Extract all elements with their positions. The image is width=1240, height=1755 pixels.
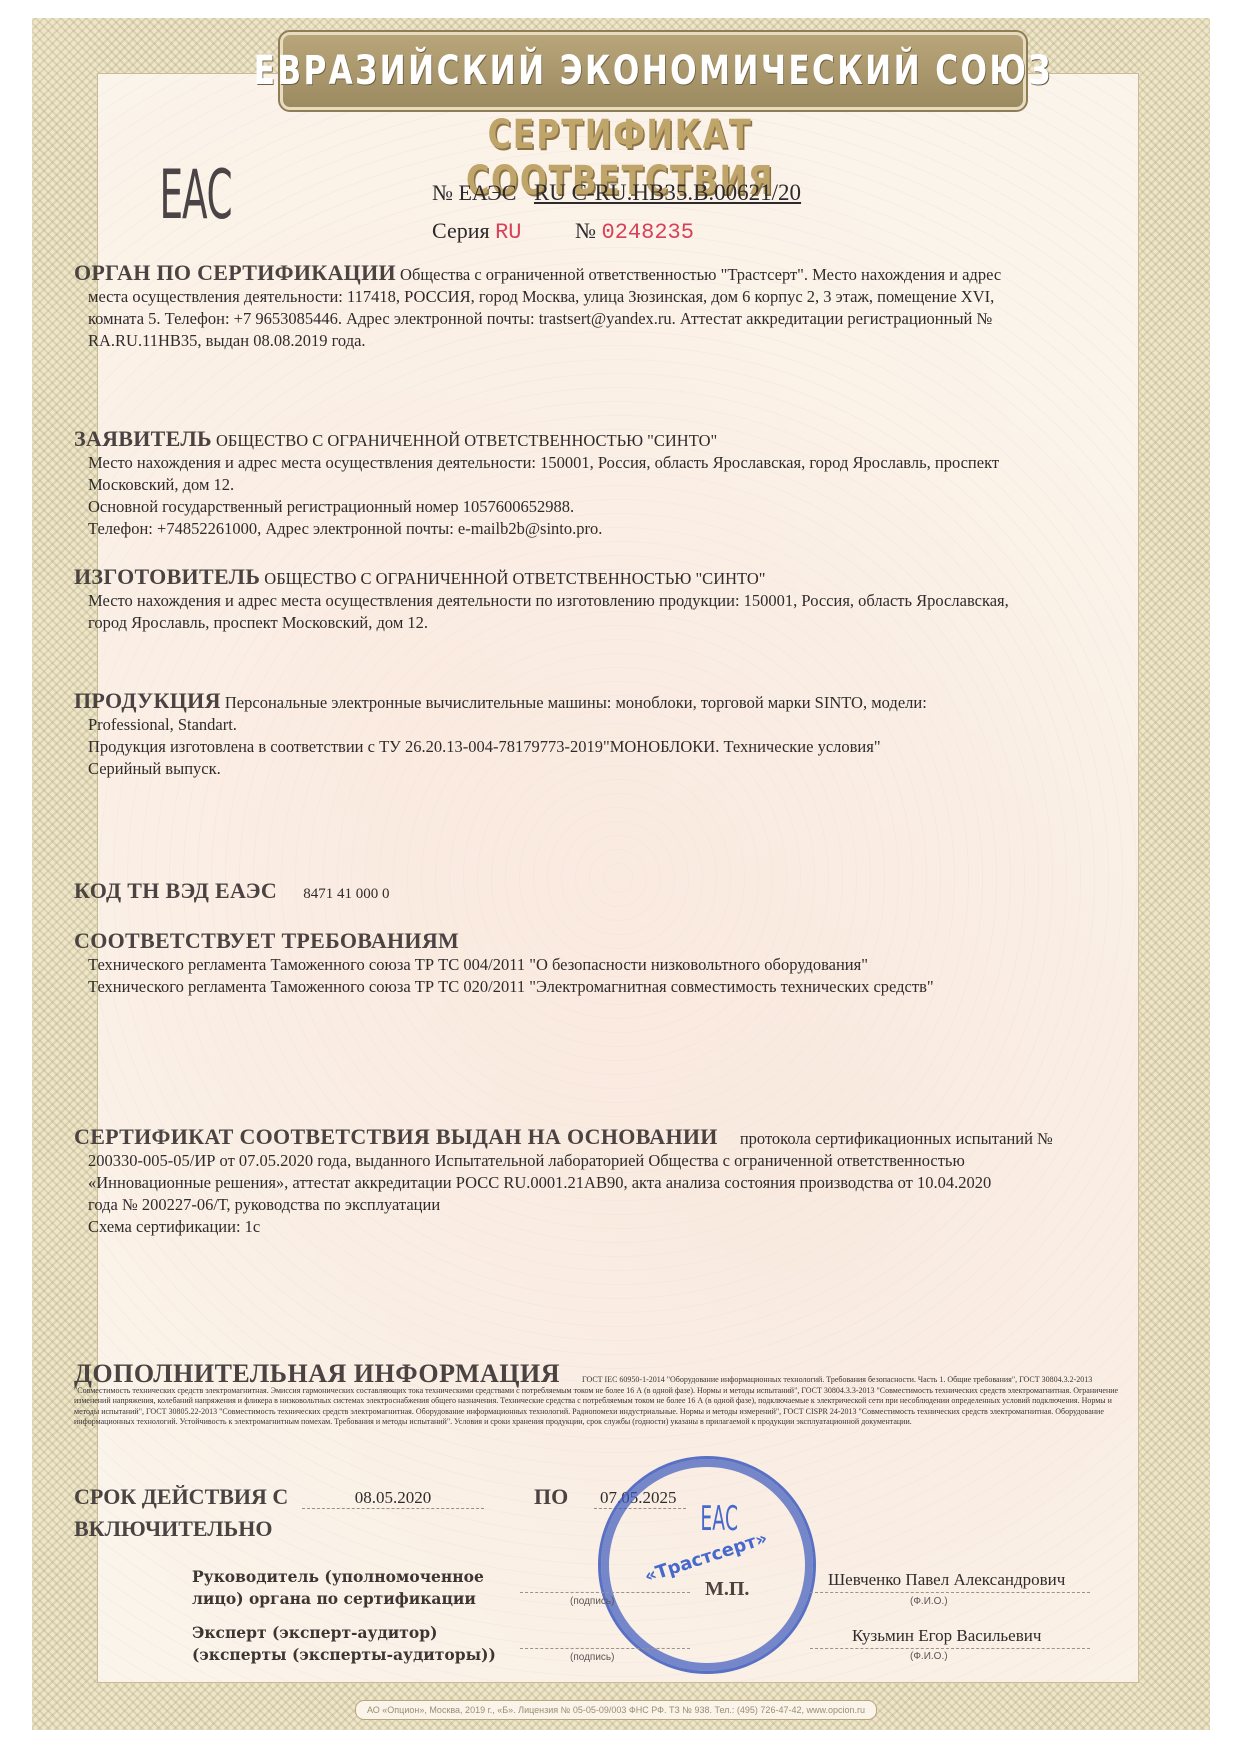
seal-place-mark: М.П. [705,1578,749,1601]
section-lead: ОБЩЕСТВО С ОГРАНИЧЕННОЙ ОТВЕТСТВЕННОСТЬЮ… [216,431,717,450]
section-lead: Персональные электронные вычислительные … [225,693,927,712]
section-line: Телефон: +74852261000, Адрес электронной… [74,518,1154,540]
section-line: Технического регламента Таможенного союз… [74,976,1154,998]
section-applicant: ЗАЯВИТЕЛЬ ОБЩЕСТВО С ОГРАНИЧЕННОЙ ОТВЕТС… [74,428,1154,540]
section-heading: ПРОДУКЦИЯ [74,688,221,713]
validity-to-label: ПО [534,1484,568,1510]
certificate-number-value: RU C-RU.НВ35.В.00621/20 [534,180,801,205]
section-line: Место нахождения и адрес места осуществл… [74,590,1154,612]
section-line: Московский, дом 12. [74,474,1154,496]
section-lead: протокола сертификационных испытаний № [740,1129,1053,1148]
series-block: Серия RU № 0248235 [432,218,694,245]
expert-signature-line [520,1648,690,1649]
section-line: Продукция изготовлена в соответствии с Т… [74,736,1154,758]
section-heading: ЗАЯВИТЕЛЬ [74,426,212,451]
blank-number-value: 0248235 [602,220,694,245]
section-line: Технического регламента Таможенного союз… [74,954,1154,976]
section-heading: СООТВЕТСТВУЕТ ТРЕБОВАНИЯМ [74,928,459,953]
expert-signature-caption: (подпись) [570,1652,614,1663]
section-line: комната 5. Телефон: +7 9653085446. Адрес… [74,308,1154,330]
series-label: Серия [432,218,490,243]
section-line: Professional, Standart. [74,714,1154,736]
validity-from-label: СРОК ДЕЙСТВИЯ С [74,1484,288,1509]
head-signature-caption: (подпись) [570,1596,614,1607]
series-value: RU [495,220,521,245]
section-product: ПРОДУКЦИЯ Персональные электронные вычис… [74,690,1154,780]
section-manufacturer: ИЗГОТОВИТЕЛЬ ОБЩЕСТВО С ОГРАНИЧЕННОЙ ОТВ… [74,566,1154,634]
section-line: Основной государственный регистрационный… [74,496,1154,518]
validity-inclusive-label: ВКЛЮЧИТЕЛЬНО [74,1516,272,1542]
union-banner: ЕВРАЗИЙСКИЙ ЭКОНОМИЧЕСКИЙ СОЮЗ [280,32,1026,110]
union-name: ЕВРАЗИЙСКИЙ ЭКОНОМИЧЕСКИЙ СОЮЗ [253,48,1052,94]
section-line: RA.RU.11НВ35, выдан 08.08.2019 года. [74,330,1154,352]
eac-logo-icon: ЕАС [150,150,240,240]
section-heading: ДОПОЛНИТЕЛЬНАЯ ИНФОРМАЦИЯ [74,1359,560,1388]
section-line: Место нахождения и адрес места осуществл… [74,452,1154,474]
section-line: Схема сертификации: 1с [74,1216,1154,1238]
expert-name-line [810,1648,1090,1649]
validity-from-date: 08.05.2020 [302,1488,484,1509]
section-additional-info: ДОПОЛНИТЕЛЬНАЯ ИНФОРМАЦИЯ ГОСТ IEC 60950… [74,1363,1134,1428]
expert-fio-caption: (Ф.И.О.) [910,1651,948,1662]
section-lead: Общества с ограниченной ответственностью… [400,265,1001,284]
head-name: Шевченко Павел Александрович [828,1570,1065,1590]
section-line: года № 200227-06/Т, руководства по экспл… [74,1194,1154,1216]
head-role-label: Руководитель (уполномоченное лицо) орган… [192,1566,484,1610]
certificate-number-label: № ЕАЭС [432,180,516,205]
expert-name: Кузьмин Егор Васильевич [852,1626,1041,1646]
section-line: места осуществления деятельности: 117418… [74,286,1154,308]
section-issued-basis: СЕРТИФИКАТ СООТВЕТСТВИЯ ВЫДАН НА ОСНОВАН… [74,1126,1154,1238]
head-name-line [810,1592,1090,1593]
section-line: «Инновационные решения», аттестат аккред… [74,1172,1154,1194]
stamp-eac-icon: ЕАС [700,1499,738,1539]
certificate-number: № ЕАЭС RU C-RU.НВ35.В.00621/20 [432,180,801,206]
printer-imprint: АО «Опцион», Москва, 2019 г., «Б». Лицен… [355,1700,877,1720]
section-lead: ОБЩЕСТВО С ОГРАНИЧЕННОЙ ОТВЕТСТВЕННОСТЬЮ… [264,569,765,588]
section-heading: СЕРТИФИКАТ СООТВЕТСТВИЯ ВЫДАН НА ОСНОВАН… [74,1124,718,1149]
expert-role-label: Эксперт (эксперт-аудитор) (эксперты (экс… [192,1622,496,1666]
section-certification-body: ОРГАН ПО СЕРТИФИКАЦИИ Общества с огранич… [74,262,1154,352]
section-heading: ИЗГОТОВИТЕЛЬ [74,564,260,589]
section-requirements: СООТВЕТСТВУЕТ ТРЕБОВАНИЯМ Технического р… [74,930,1154,998]
section-line: Серийный выпуск. [74,758,1154,780]
official-stamp: ЕАС «Трастсерт» [598,1456,816,1674]
section-line: город Ярославль, проспект Московский, до… [74,612,1154,634]
head-signature-line [520,1592,690,1593]
section-heading: КОД ТН ВЭД ЕАЭС [74,878,277,903]
blank-number-label: № [575,218,596,243]
section-tn-ved-code: КОД ТН ВЭД ЕАЭС 8471 41 000 0 [74,880,1154,905]
section-line: 200330-005-05/ИР от 07.05.2020 года, выд… [74,1150,1154,1172]
tn-ved-code-value: 8471 41 000 0 [303,886,389,902]
section-heading: ОРГАН ПО СЕРТИФИКАЦИИ [74,260,396,285]
head-fio-caption: (Ф.И.О.) [910,1596,948,1607]
